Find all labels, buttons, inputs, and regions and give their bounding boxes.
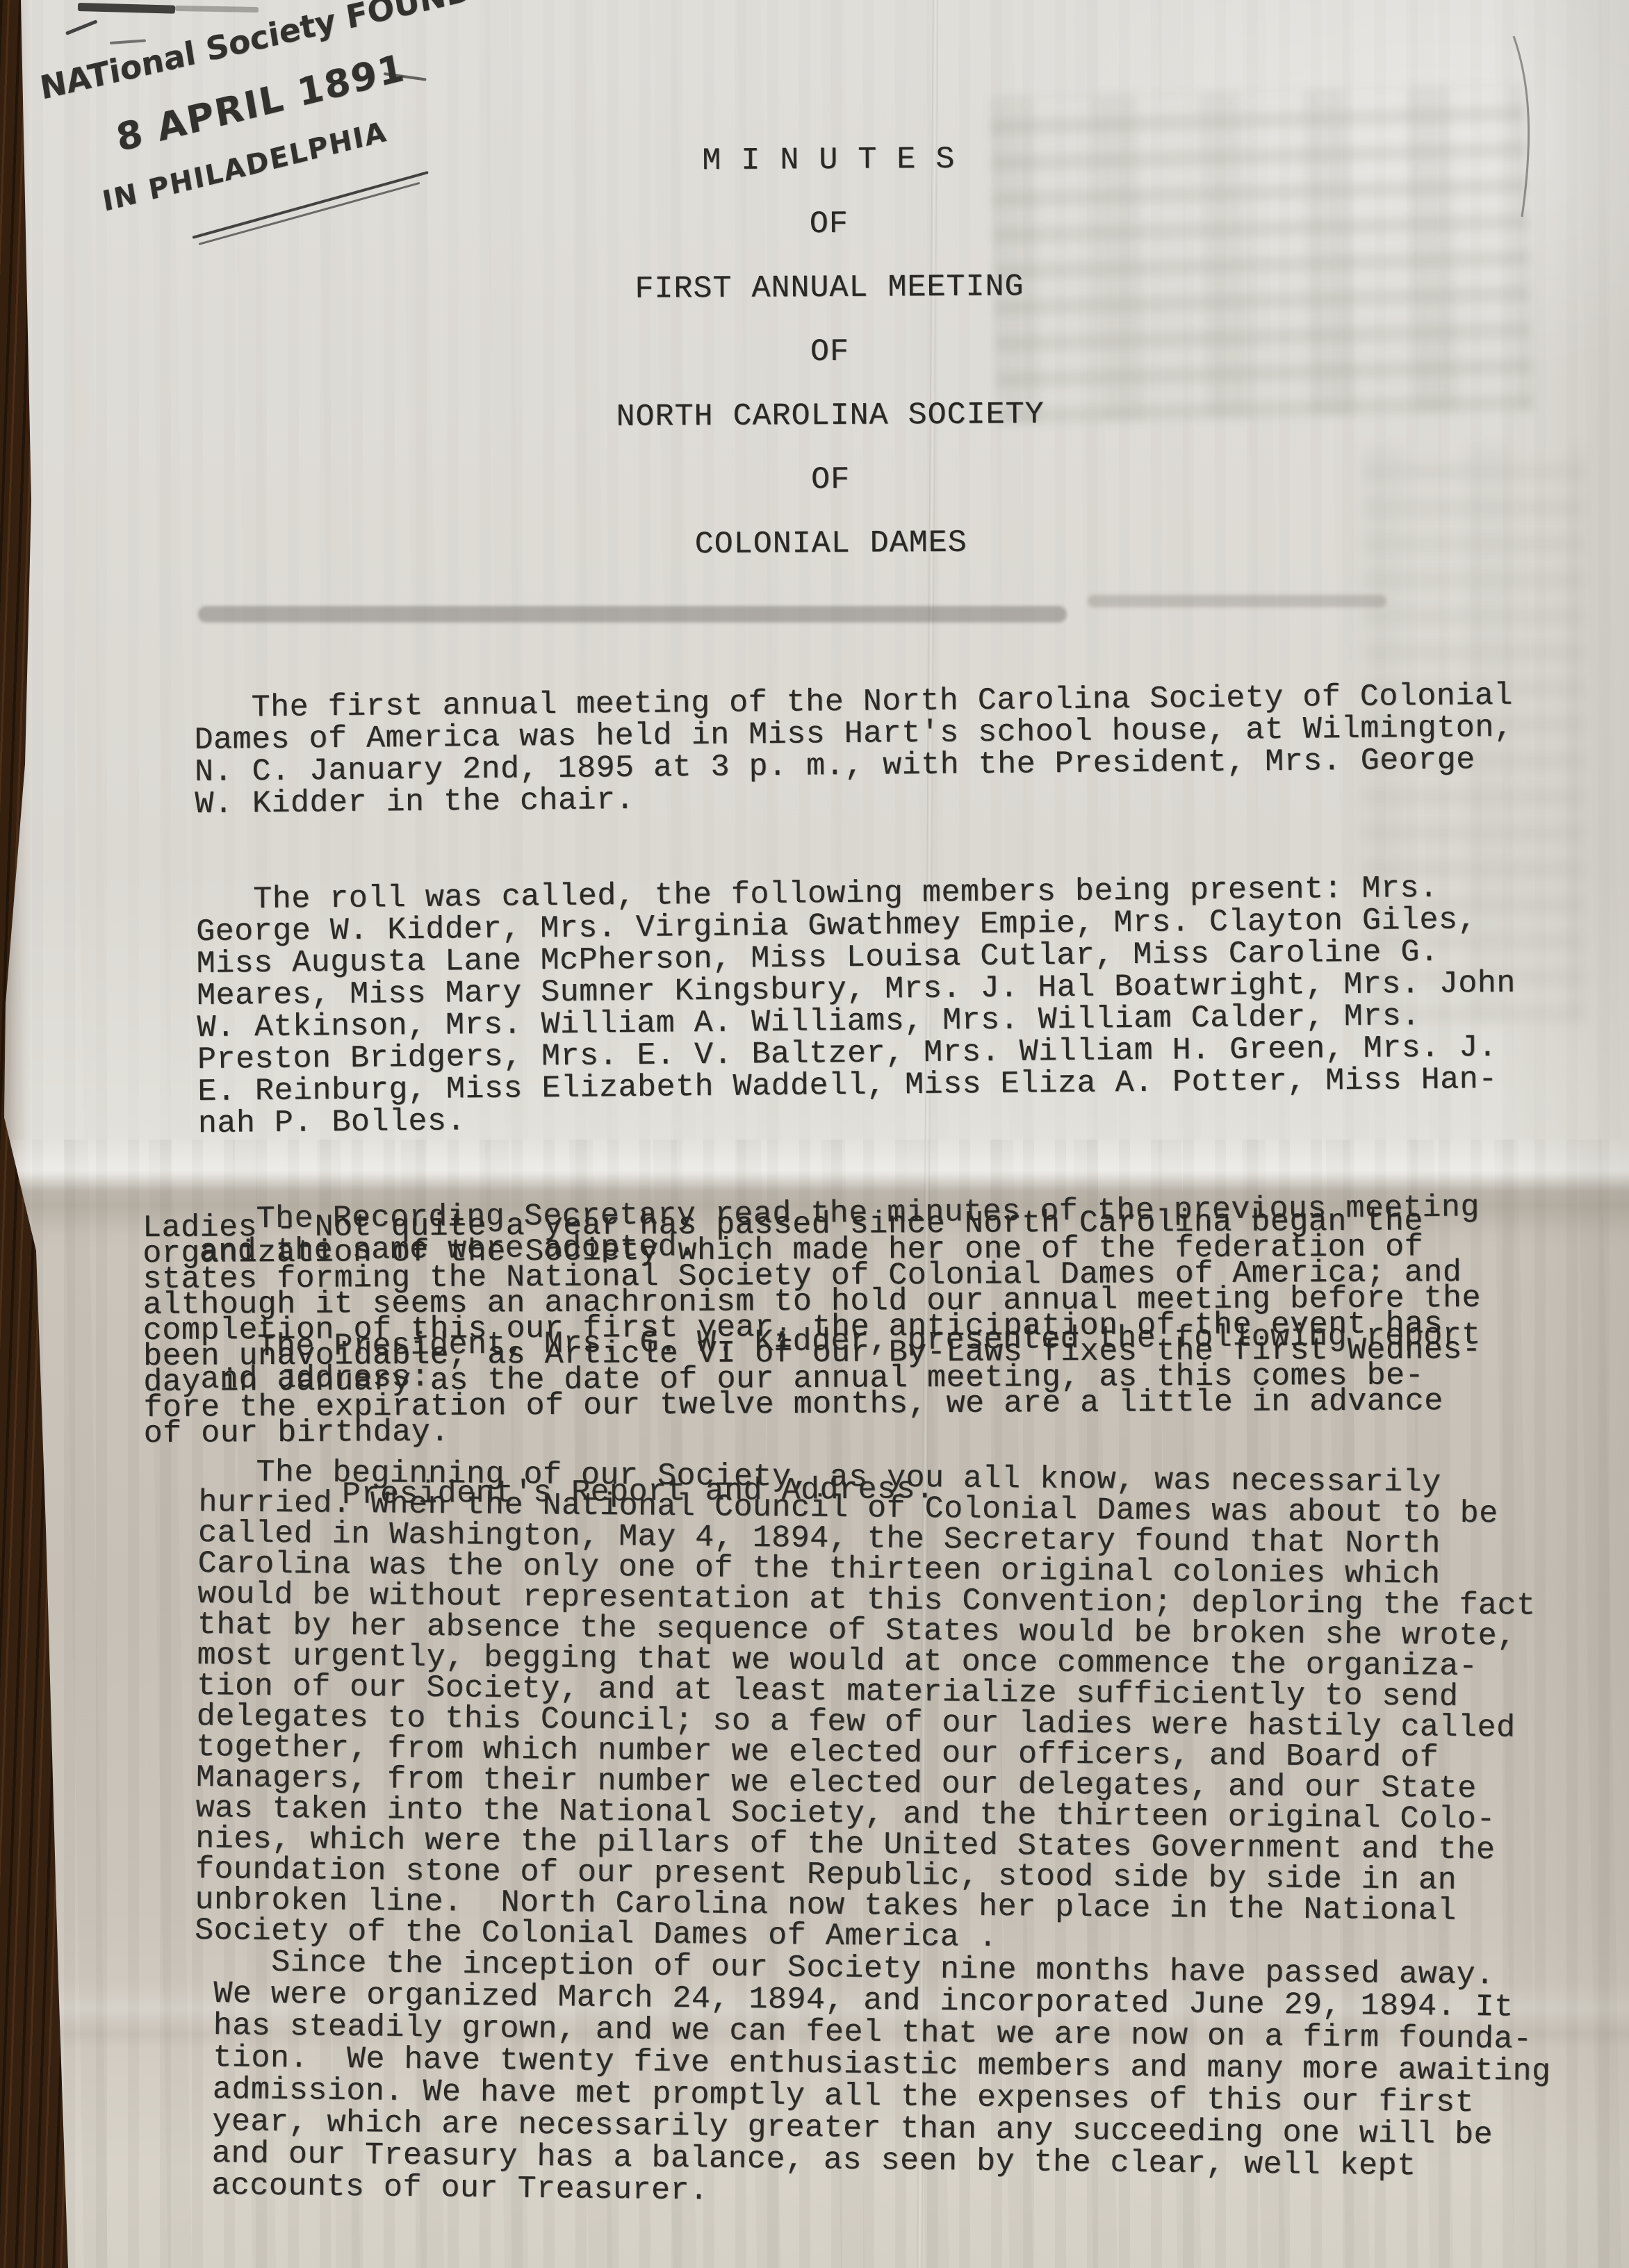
pencil-tick-mark: [110, 39, 146, 44]
typewriter-ink-smudge: [1088, 595, 1386, 607]
title-line-first-annual-meeting: FIRST ANNUAL MEETING: [15, 252, 1629, 325]
title-line-north-carolina-society: NORTH CAROLINA SOCIETY: [15, 379, 1629, 453]
title-line-of: OF: [15, 315, 1629, 389]
report-paragraph-beginning: The beginning of our Society, as you all…: [195, 1457, 1616, 1959]
report-paragraph-ladies: Ladies - Not quite a year has passed sin…: [142, 1208, 1589, 1447]
paragraph-first-annual-meeting: The first annual meeting of the North Ca…: [194, 679, 1613, 821]
document-title: M I N U T E S OF FIRST ANNUAL MEETING OF…: [14, 124, 1629, 581]
photo-of-document: NATional Society FOUNDED 8 APRIL 1891 IN…: [0, 0, 1629, 2268]
hair-scratch-mark: [1487, 28, 1571, 236]
typewriter-ink-smudge: [198, 606, 1067, 623]
title-line-of: OF: [16, 443, 1629, 517]
staple-smear: [175, 6, 259, 13]
title-line-minutes: M I N U T E S: [14, 124, 1629, 197]
paper-document: NATional Society FOUNDED 8 APRIL 1891 IN…: [0, 0, 1629, 2268]
title-line-of: OF: [15, 188, 1629, 261]
report-paragraph-inception: Since the inception of our Society nine …: [211, 1946, 1618, 2217]
pencil-tick-mark: [65, 19, 97, 35]
staple-mark: [78, 3, 175, 14]
paragraph-roll-call: The roll was called, the following membe…: [196, 871, 1616, 1140]
title-line-colonial-dames: COLONIAL DAMES: [16, 507, 1629, 581]
